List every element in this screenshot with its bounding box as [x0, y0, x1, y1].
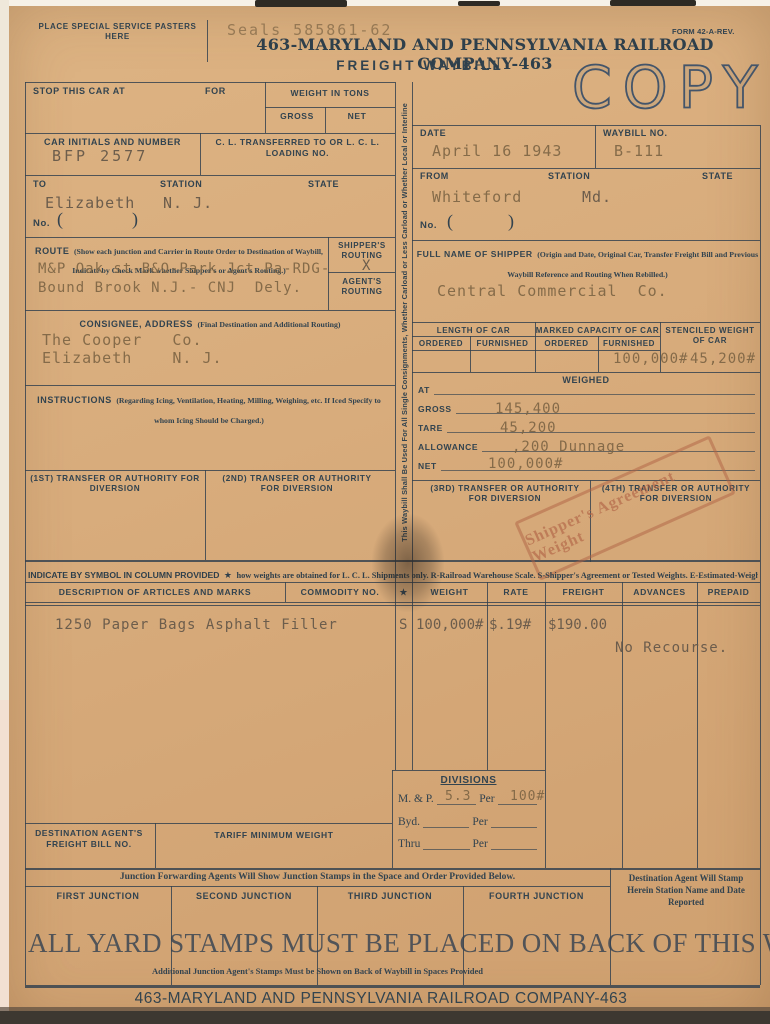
col-advances: ADVANCES — [622, 587, 697, 598]
grid-line — [205, 470, 206, 560]
third-junction-label: THIRD JUNCTION — [317, 891, 463, 902]
route-label: ROUTE — [35, 246, 70, 256]
grid-line — [697, 582, 698, 868]
grid-line — [25, 237, 395, 238]
grid-line — [610, 868, 611, 985]
from-no-label: No. — [420, 220, 437, 232]
scan-left-edge-lower — [0, 700, 9, 1024]
date-label: DATE — [420, 128, 446, 139]
grid-line — [412, 168, 760, 169]
fourth-junction-label: FOURTH JUNCTION — [463, 891, 610, 902]
col-description: DESCRIPTION OF ARTICLES AND MARKS — [25, 587, 285, 598]
per-label: Per — [473, 838, 488, 850]
per-label: Per — [472, 816, 487, 828]
paren-close: ) — [508, 211, 514, 232]
to-station-label: STATION — [160, 179, 202, 190]
col-freight: FREIGHT — [545, 587, 622, 598]
grid-line — [200, 133, 201, 175]
grid-line — [412, 372, 760, 373]
freight-waybill-document: PLACE SPECIAL SERVICE PASTERS HERE Seals… — [0, 0, 770, 1024]
to-label: TO — [33, 179, 47, 190]
grid-line — [412, 322, 760, 323]
route-line-1: M&P Oak st-B&O-Park Jct Pa-RDG- — [38, 261, 330, 277]
grid-line — [595, 125, 596, 168]
second-junction-label: SECOND JUNCTION — [171, 891, 317, 902]
marked-capacity-label: MARKED CAPACITY OF CAR — [535, 326, 660, 336]
star-icon: ★ — [224, 570, 232, 580]
weighed-allowance-label: ALLOWANCE — [418, 442, 478, 452]
junction-instruction: Junction Forwarding Agents Will Show Jun… — [25, 872, 610, 882]
from-state-value: Md. — [582, 188, 612, 206]
division-name: M. & P. — [398, 793, 434, 805]
grid-line — [25, 175, 395, 176]
waybill-no-value: B-111 — [614, 142, 664, 160]
transfer-1st-label: (1ST) TRANSFER OR AUTHORITY FOR DIVERSIO… — [30, 474, 200, 495]
paren-open: ( — [57, 209, 63, 230]
division-name: Byd. — [398, 816, 420, 828]
waybill-no-label: WAYBILL NO. — [603, 128, 668, 139]
net-label: NET — [332, 111, 382, 122]
yard-stamps-notice: ALL YARD STAMPS MUST BE PLACED ON BACK O… — [28, 928, 752, 959]
capacity-ordered-label: ORDERED — [535, 339, 598, 349]
capacity-furnished-value: 100,000# — [613, 351, 688, 367]
from-station-label: STATION — [548, 171, 590, 182]
stenciled-weight-value: 45,200# — [690, 351, 756, 367]
divisions-label: DIVISIONS — [392, 775, 545, 788]
grid-line — [622, 582, 623, 868]
division-mp-value: 5.3 — [445, 789, 471, 804]
scan-bottom-edge — [0, 1011, 770, 1024]
instructions-label: INSTRUCTIONS — [37, 395, 112, 405]
route-line-2: Bound Brook N.J.- CNJ Dely. — [38, 280, 302, 296]
consignee-line-1: The Cooper Co. — [42, 331, 203, 349]
single-consignments-strip: This Waybill Shall Be Used For All Singl… — [395, 82, 413, 562]
grid-line — [760, 125, 761, 985]
shipper-value: Central Commercial Co. — [437, 282, 668, 300]
cl-transferred-label: C. L. TRANSFERRED TO OR L. C. L. LOADING… — [205, 137, 390, 158]
from-label: FROM — [420, 171, 449, 182]
weighed-at-label: AT — [418, 385, 430, 395]
transfer-2nd-label: (2ND) TRANSFER OR AUTHORITY FOR DIVERSIO… — [212, 474, 382, 495]
consignee-line-2: Elizabeth N. J. — [42, 349, 223, 367]
pasters-label: PLACE SPECIAL SERVICE PASTERS HERE — [35, 22, 200, 42]
copy-watermark: COPY — [572, 59, 769, 117]
stenciled-weight-label: STENCILED WEIGHT OF CAR — [662, 326, 758, 346]
to-no-label: No. — [33, 218, 50, 230]
weighed-allowance-value: ,200 Dunnage — [512, 439, 625, 455]
grid-line — [412, 336, 660, 337]
weight-in-tons-label: WEIGHT IN TONS — [265, 88, 395, 99]
grid-line — [25, 385, 395, 386]
shipper-label: FULL NAME OF SHIPPER — [417, 249, 533, 259]
grid-line — [392, 770, 545, 771]
length-furnished-label: FURNISHED — [470, 339, 535, 349]
grid-line — [25, 82, 26, 985]
grid-line — [265, 107, 395, 108]
weighed-tare-label: TARE — [418, 423, 443, 433]
grid-line — [487, 582, 488, 770]
grid-line — [25, 133, 395, 134]
instructions-note: (Regarding Icing, Ventilation, Heating, … — [116, 396, 381, 425]
torn-edge-mark — [458, 1, 500, 6]
division-mp-per-value: 100# — [510, 789, 545, 804]
from-state-label: STATE — [702, 171, 733, 182]
row-weight: 100,000# — [416, 617, 483, 633]
to-state-value: N. J. — [163, 194, 213, 212]
consignee-note: (Final Destination and Additional Routin… — [197, 320, 340, 329]
stop-this-car-label: STOP THIS CAR AT — [33, 86, 125, 97]
row-rate: $.19# — [489, 617, 531, 633]
from-city-value: Whiteford — [432, 188, 522, 206]
grid-line — [25, 82, 395, 83]
grid-line — [412, 125, 760, 126]
grid-line — [155, 823, 156, 868]
gross-label: GROSS — [272, 111, 322, 122]
date-value: April 16 1943 — [432, 142, 562, 160]
weighed-gross-label: GROSS — [418, 404, 452, 414]
grid-line — [25, 985, 760, 988]
scan-smudge — [372, 514, 444, 612]
weighed-net-label: NET — [418, 461, 437, 471]
row-symbol: S — [399, 617, 407, 633]
agents-routing-label: AGENT'S ROUTING — [330, 277, 394, 297]
col-rate: RATE — [487, 587, 545, 598]
grid-line — [545, 582, 546, 868]
first-junction-label: FIRST JUNCTION — [25, 891, 171, 902]
rule-line — [447, 422, 755, 433]
weighed-gross-value: 145,400 — [495, 401, 561, 417]
row-freight: $190.00 — [548, 617, 607, 633]
footer-company: 463-MARYLAND AND PENNSYLVANIA RAILROAD C… — [25, 990, 737, 1008]
shipper-note: (Origin and Date, Original Car, Transfer… — [507, 250, 758, 279]
row-description: 1250 Paper Bags Asphalt Filler — [55, 617, 338, 633]
division-name: Thru — [398, 838, 420, 850]
weighed-tare-value: 45,200 — [500, 420, 557, 436]
grid-line — [25, 823, 392, 824]
grid-line — [25, 868, 760, 870]
dest-agent-freight-bill-label: DESTINATION AGENT'S FREIGHT BILL NO. — [30, 828, 148, 849]
symbol-bar-lead: INDICATE BY SYMBOL IN COLUMN PROVIDED — [28, 570, 219, 580]
dest-agent-stamp-note: Destination Agent Will Stamp Herein Stat… — [618, 872, 754, 908]
length-of-car-label: LENGTH OF CAR — [412, 326, 535, 336]
grid-line — [412, 240, 760, 241]
length-ordered-label: ORDERED — [412, 339, 470, 349]
grid-line — [25, 310, 395, 311]
torn-edge-mark — [610, 0, 696, 6]
per-label: Per — [479, 793, 494, 805]
car-initials-value: BFP 2577 — [52, 147, 148, 165]
rule-line — [491, 818, 537, 828]
tariff-minimum-weight-label: TARIFF MINIMUM WEIGHT — [160, 830, 388, 841]
row-note: No Recourse. — [615, 640, 728, 656]
torn-edge-mark — [255, 0, 347, 7]
col-prepaid: PREPAID — [697, 587, 760, 598]
rule-line — [423, 818, 469, 828]
grid-line — [325, 107, 326, 133]
symbol-bar-text: how weights are obtained for L. C. L. Sh… — [236, 571, 758, 580]
for-label: FOR — [205, 86, 226, 97]
document-title: FREIGHT WAYBILL — [300, 58, 540, 75]
grid-line — [25, 470, 395, 471]
rule-line — [423, 840, 469, 850]
grid-line — [207, 20, 208, 62]
to-state-label: STATE — [308, 179, 339, 190]
weighed-net-value: 100,000# — [488, 456, 563, 472]
rule-line — [491, 840, 537, 850]
rule-line — [434, 384, 755, 395]
consignee-label: CONSIGNEE, ADDRESS — [80, 319, 193, 329]
additional-stamps-note: Additional Junction Agent's Stamps Must … — [25, 966, 610, 976]
paren-close: ) — [132, 209, 138, 230]
capacity-furnished-label: FURNISHED — [598, 339, 660, 349]
form-number: FORM 42-A-REV. — [672, 27, 735, 36]
shippers-routing-value: X — [362, 258, 371, 274]
paren-open: ( — [447, 211, 453, 232]
